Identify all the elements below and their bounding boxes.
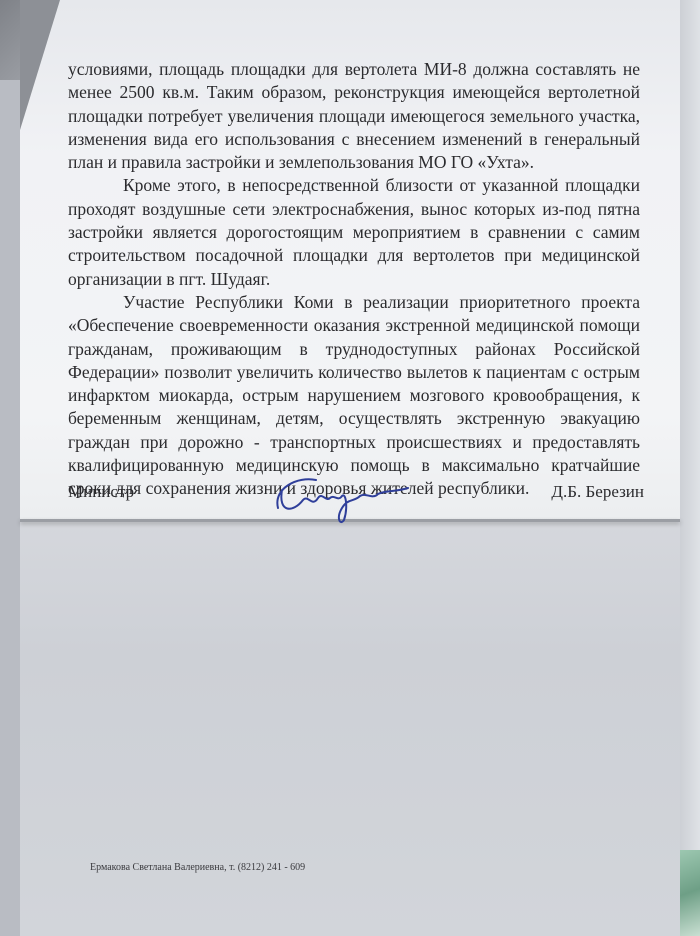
- letter-body: условиями, площадь площадки для вертолет…: [68, 58, 640, 501]
- paragraph-power-lines: Кроме этого, в непосредственной близости…: [68, 174, 640, 290]
- signatory-name: Д.Б. Березин: [551, 482, 644, 502]
- signatory-role: Министр: [68, 482, 134, 502]
- paragraph-helipad-area: условиями, площадь площадки для вертолет…: [68, 58, 640, 174]
- executor-contact: Ермакова Светлана Валериевна, т. (8212) …: [90, 862, 305, 873]
- signature-block: Министр Д.Б. Березин: [68, 476, 640, 516]
- handwritten-signature-icon: [268, 468, 418, 528]
- page-corner-shadow: [20, 0, 60, 130]
